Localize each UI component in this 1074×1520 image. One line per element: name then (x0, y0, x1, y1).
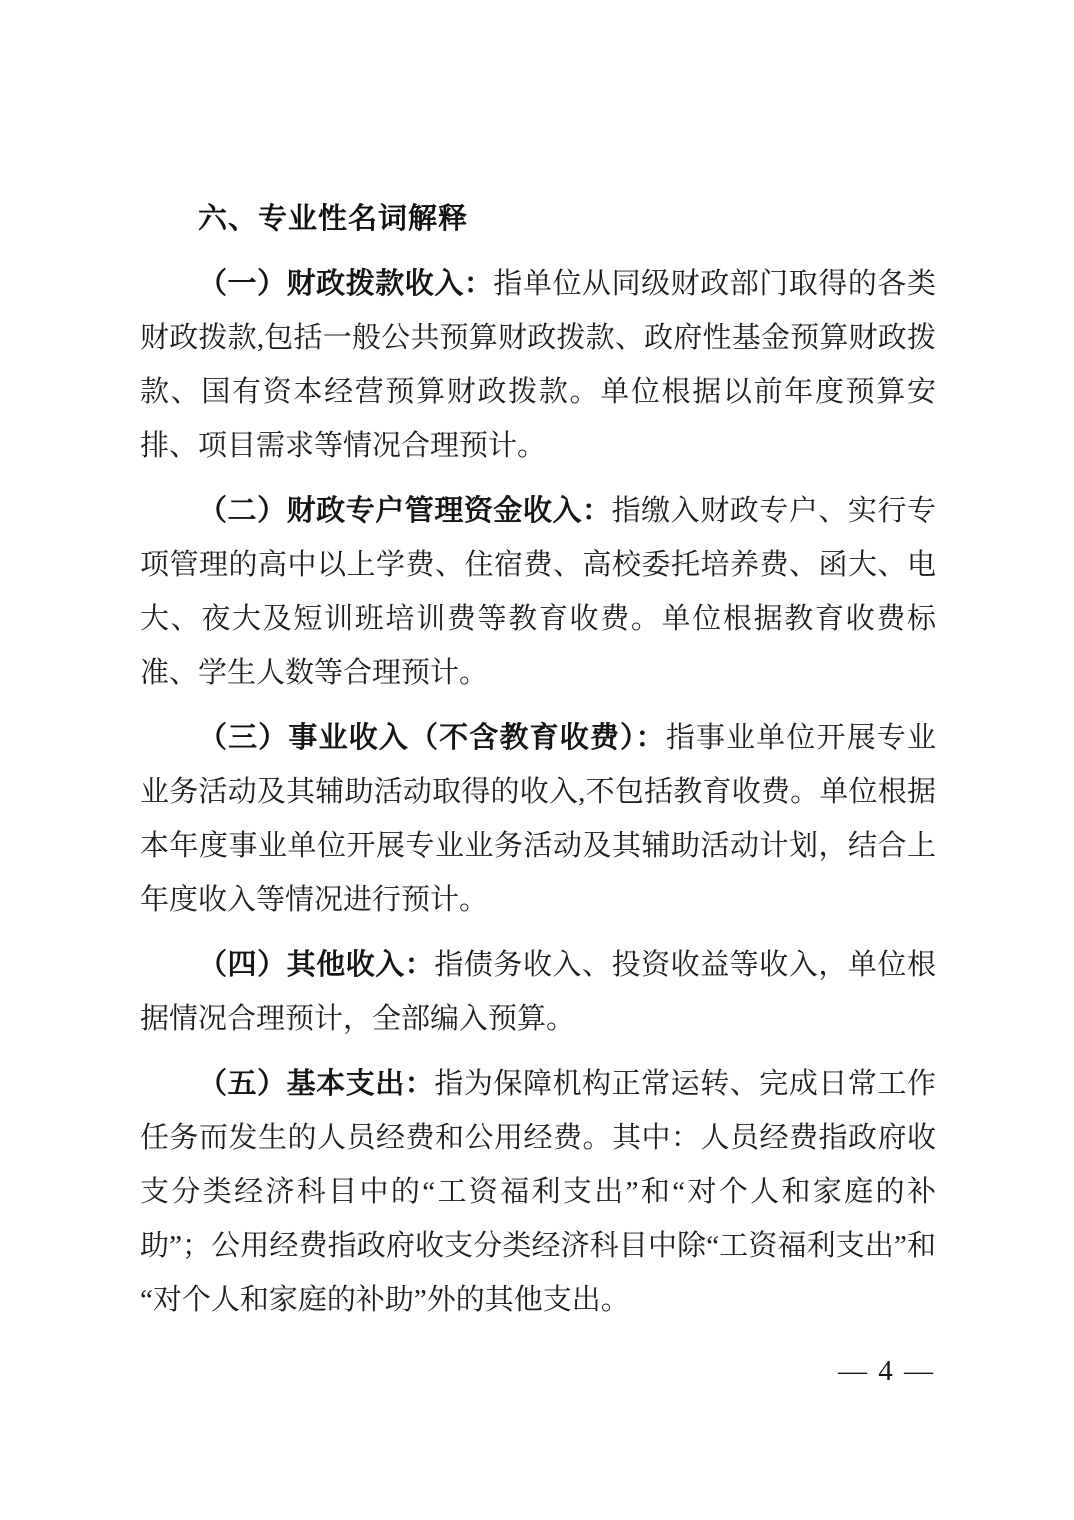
definition-paragraph-3: （三）事业收入（不含教育收费）：指事业单位开展专业业务活动及其辅助活动取得的收入… (140, 711, 936, 927)
term-label-3: （三）事业收入（不含教育收费）： (198, 722, 666, 754)
term-label-2: （二）财政专户管理资金收入： (198, 495, 612, 527)
section-heading: 六、专业性名词解释 (140, 192, 936, 246)
term-label-4: （四）其他收入： (198, 949, 434, 981)
definition-paragraph-5: （五）基本支出：指为保障机构正常运转、完成日常工作任务而发生的人员经费和公用经费… (140, 1057, 936, 1327)
term-label-1: （一）财政拨款收入： (198, 268, 493, 300)
document-page: 六、专业性名词解释 （一）财政拨款收入：指单位从同级财政部门取得的各类财政拨款,… (0, 0, 1074, 1520)
term-label-5: （五）基本支出： (198, 1068, 434, 1100)
document-body: 六、专业性名词解释 （一）财政拨款收入：指单位从同级财政部门取得的各类财政拨款,… (140, 192, 936, 1327)
definition-paragraph-1: （一）财政拨款收入：指单位从同级财政部门取得的各类财政拨款,包括一般公共预算财政… (140, 257, 936, 473)
term-definition-5: 指为保障机构正常运转、完成日常工作任务而发生的人员经费和公用经费。其中：人员经费… (140, 1068, 936, 1316)
page-number: — 4 — (838, 1344, 935, 1398)
definition-paragraph-4: （四）其他收入：指债务收入、投资收益等收入，单位根据情况合理预计，全部编入预算。 (140, 938, 936, 1046)
definition-paragraph-2: （二）财政专户管理资金收入：指缴入财政专户、实行专项管理的高中以上学费、住宿费、… (140, 484, 936, 700)
